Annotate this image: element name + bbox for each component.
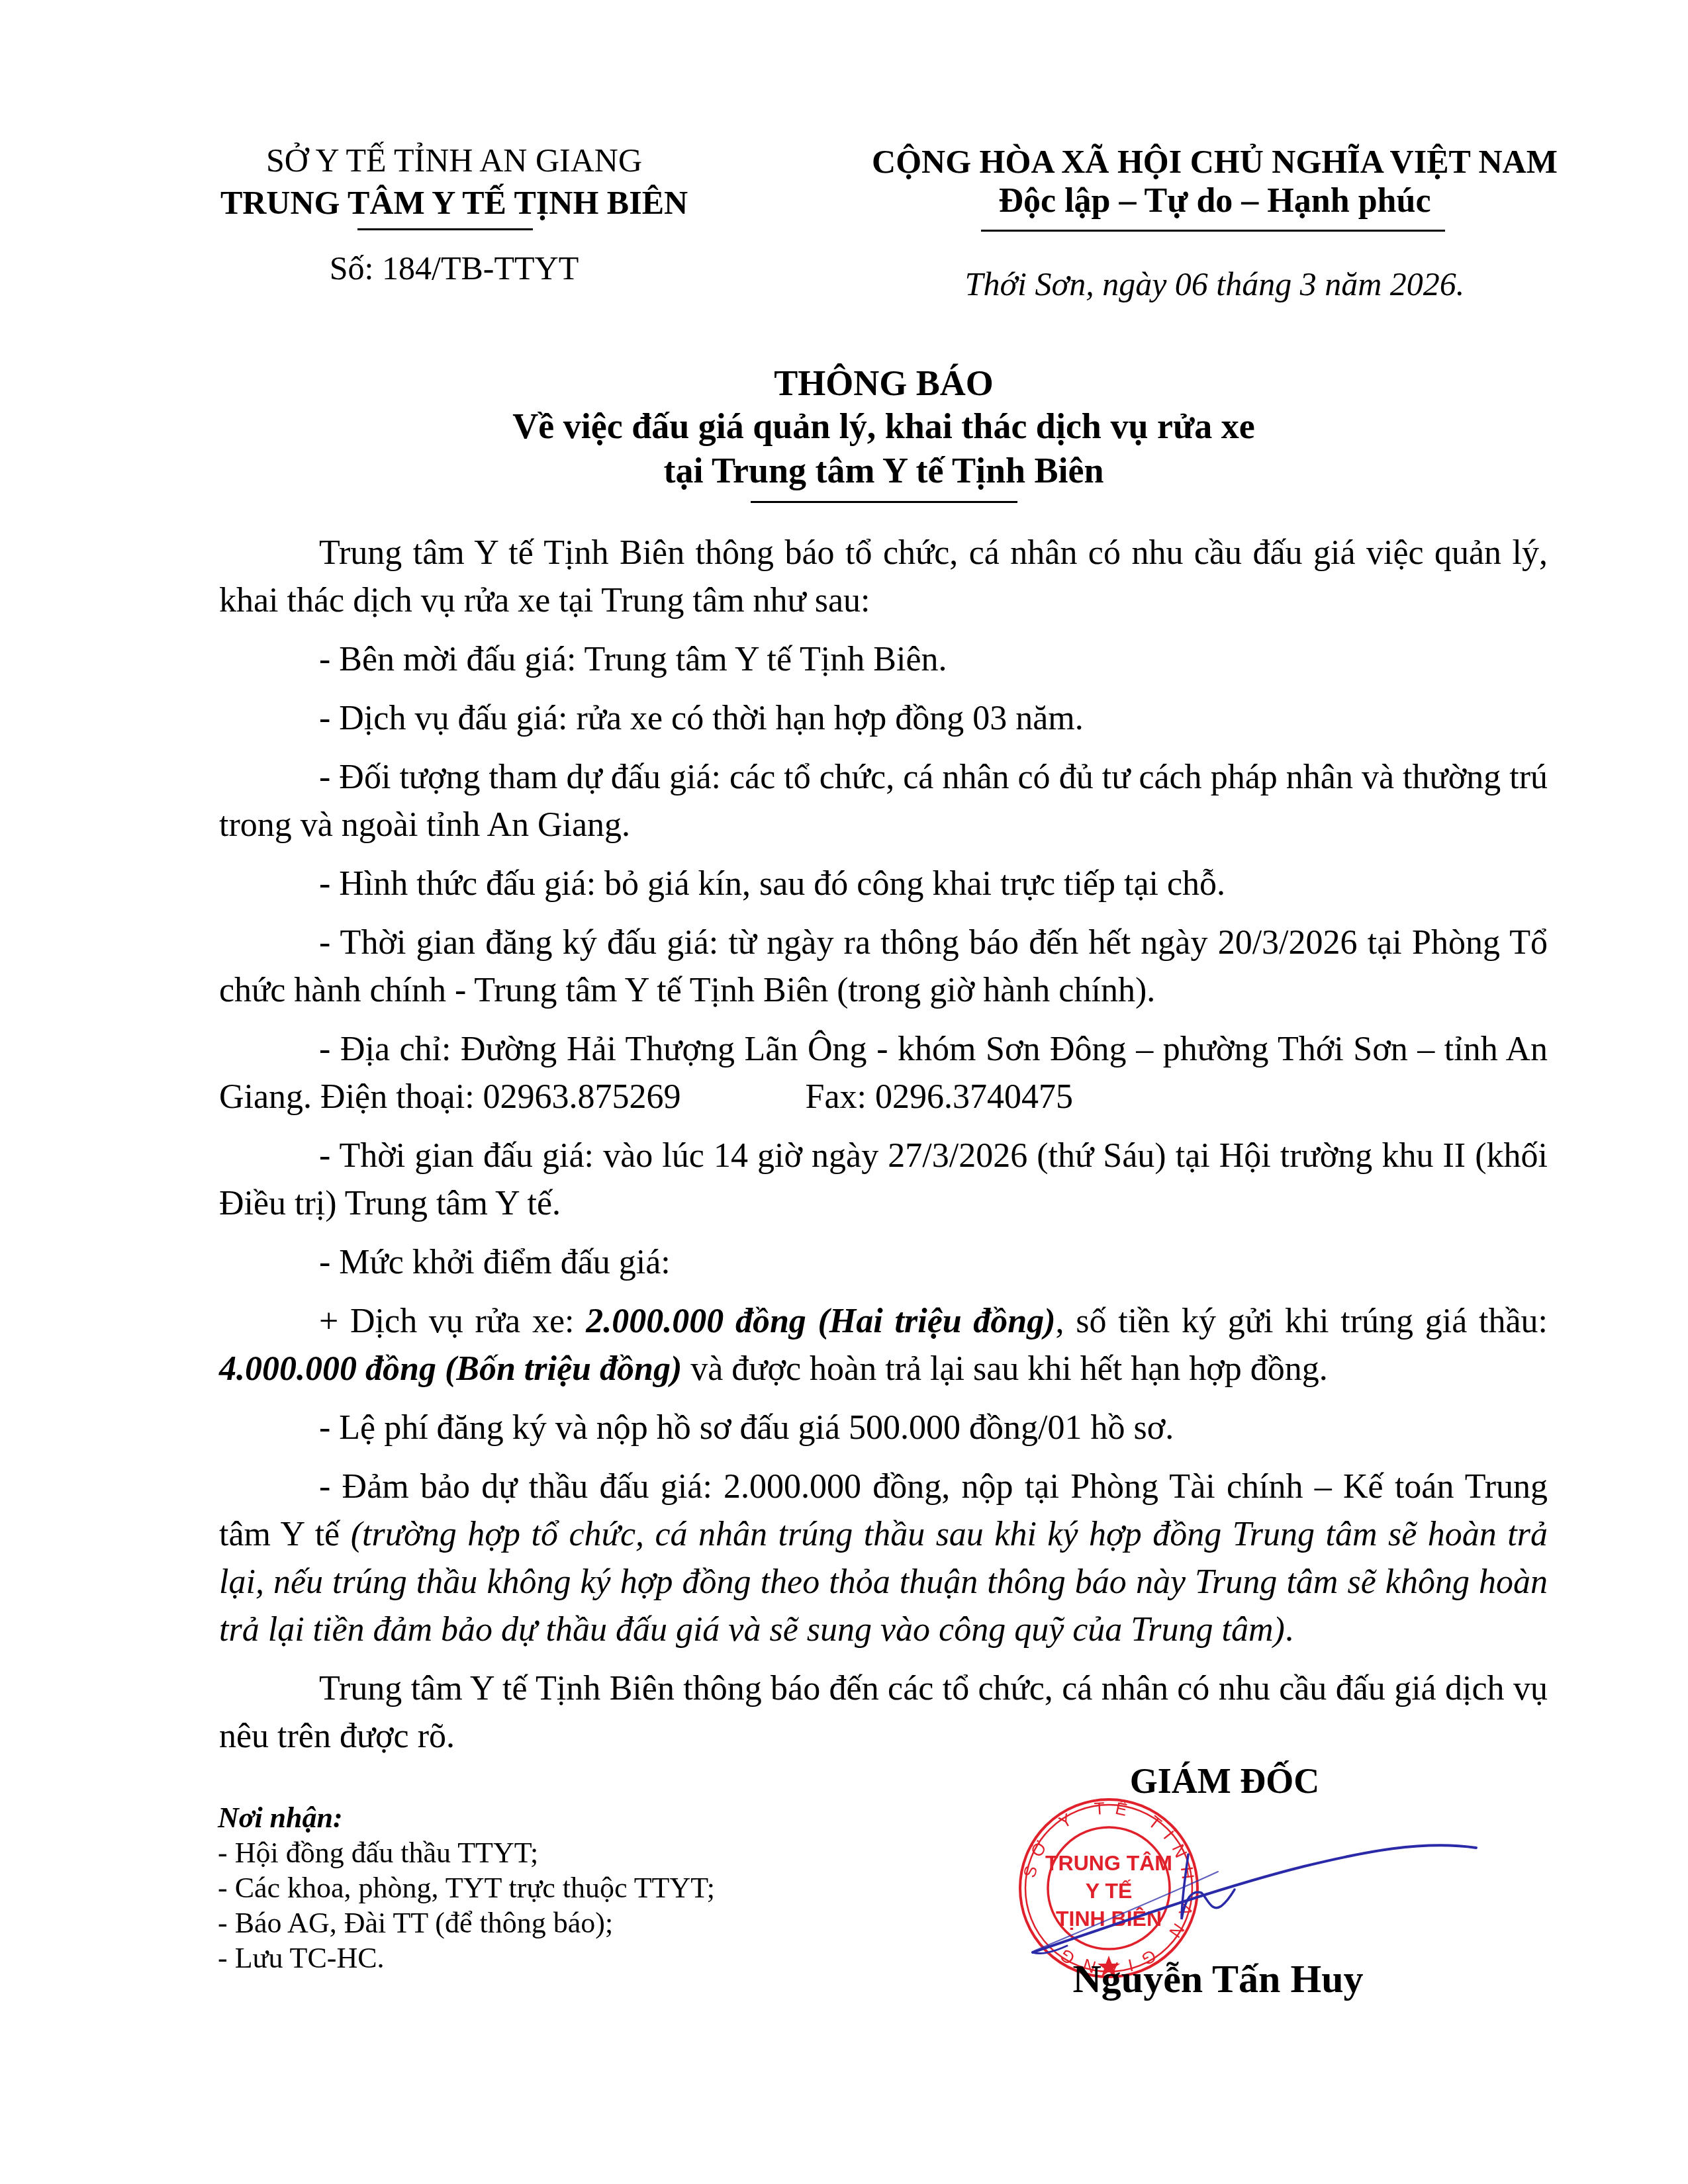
signer-name: Nguyễn Tấn Huy xyxy=(1019,1956,1417,2002)
recipient-item: - Báo AG, Đài TT (để thông báo); xyxy=(218,1905,715,1940)
item-guarantee: - Đảm bảo dự thầu đấu giá: 2.000.000 đồn… xyxy=(219,1463,1548,1654)
title-underline xyxy=(751,501,1017,503)
document-subject-line1: Về việc đấu giá quản lý, khai thác dịch … xyxy=(265,406,1503,447)
item-registration-time: - Thời gian đăng ký đấu giá: từ ngày ra … xyxy=(219,919,1548,1015)
recipient-item: - Lưu TC-HC. xyxy=(218,1940,715,1976)
recipient-item: - Hội đồng đấu thầu TTYT; xyxy=(218,1835,715,1870)
item-inviter: - Bên mời đấu giá: Trung tâm Y tế Tịnh B… xyxy=(219,636,1548,684)
item-starting-price-label: - Mức khởi điểm đấu giá: xyxy=(219,1239,1548,1287)
guarantee-end: . xyxy=(1285,1611,1293,1649)
price-prefix: + Dịch vụ rửa xe: xyxy=(319,1302,586,1340)
item-auction-form: - Hình thức đấu giá: bỏ giá kín, sau đó … xyxy=(219,860,1548,908)
item-participants: - Đối tượng tham dự đấu giá: các tổ chức… xyxy=(219,754,1548,849)
document-title: THÔNG BÁO Về việc đấu giá quản lý, khai … xyxy=(265,0,1503,516)
recipients-list: - Hội đồng đấu thầu TTYT; - Các khoa, ph… xyxy=(218,1835,715,1976)
guarantee-note: (trường hợp tổ chức, cá nhân trúng thầu … xyxy=(219,1516,1548,1649)
document-type: THÔNG BÁO xyxy=(265,363,1503,404)
deposit-amount: 4.000.000 đồng (Bốn triệu đồng) xyxy=(219,1350,682,1388)
handwritten-signature-icon xyxy=(993,1813,1509,1972)
recipients-block: Nơi nhận: - Hội đồng đấu thầu TTYT; - Cá… xyxy=(218,1800,715,1976)
item-auction-time: - Thời gian đấu giá: vào lúc 14 giờ ngày… xyxy=(219,1132,1548,1228)
item-fee: - Lệ phí đăng ký và nộp hồ sơ đấu giá 50… xyxy=(219,1404,1548,1452)
document-subject-line2: tại Trung tâm Y tế Tịnh Biên xyxy=(265,450,1503,491)
recipients-heading: Nơi nhận: xyxy=(218,1800,715,1835)
item-address: - Địa chỉ: Đường Hải Thượng Lãn Ông - kh… xyxy=(219,1026,1548,1121)
document-body: Trung tâm Y tế Tịnh Biên thông báo tổ ch… xyxy=(219,529,1548,1772)
fax-number: Fax: 0296.3740475 xyxy=(806,1078,1073,1116)
intro-paragraph: Trung tâm Y tế Tịnh Biên thông báo tổ ch… xyxy=(219,529,1548,625)
recipient-item: - Các khoa, phòng, TYT trực thuộc TTYT; xyxy=(218,1870,715,1905)
price-suffix: và được hoàn trả lại sau khi hết hạn hợp… xyxy=(682,1350,1328,1388)
item-starting-price: + Dịch vụ rửa xe: 2.000.000 đồng (Hai tr… xyxy=(219,1298,1548,1393)
closing-paragraph: Trung tâm Y tế Tịnh Biên thông báo đến c… xyxy=(219,1665,1548,1760)
item-service: - Dịch vụ đấu giá: rửa xe có thời hạn hợ… xyxy=(219,695,1548,743)
price-middle: , số tiền ký gửi khi trúng giá thầu: xyxy=(1056,1302,1548,1340)
starting-amount: 2.000.000 đồng (Hai triệu đồng) xyxy=(586,1302,1055,1340)
